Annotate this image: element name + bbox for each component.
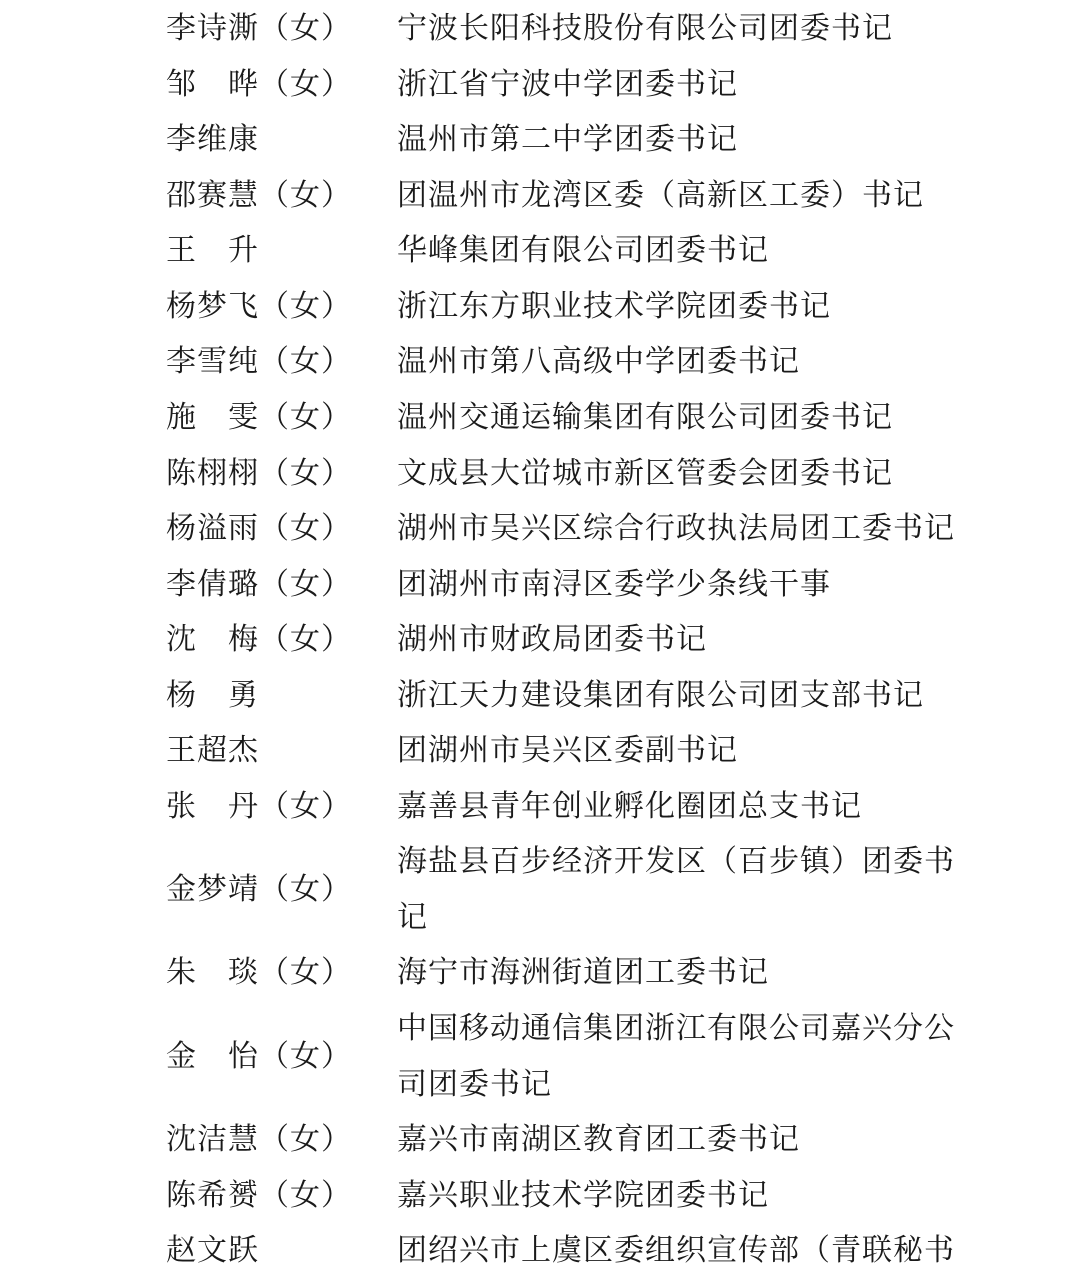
organization-position: 浙江天力建设集团有限公司团支部书记 <box>397 681 977 711</box>
person-name: 沈 梅（女） <box>166 625 352 655</box>
organization-position: 浙江省宁波中学团委书记 <box>397 70 977 100</box>
person-name: 陈栩栩（女） <box>166 459 352 489</box>
org-line: 文成县大峃城市新区管委会团委书记 <box>397 459 977 489</box>
person-name: 杨 勇 <box>166 681 259 711</box>
person-name: 张 丹（女） <box>166 792 352 822</box>
person-name: 邹 晔（女） <box>166 70 352 100</box>
organization-position: 团湖州市吴兴区委副书记 <box>397 736 977 766</box>
org-line: 司团委书记 <box>397 1070 977 1100</box>
org-line: 湖州市财政局团委书记 <box>397 625 977 655</box>
org-line: 中国移动通信集团浙江有限公司嘉兴分公 <box>397 1014 977 1044</box>
organization-position: 团温州市龙湾区委（高新区工委）书记 <box>397 181 977 211</box>
org-line: 浙江省宁波中学团委书记 <box>397 70 977 100</box>
org-line: 温州市第八高级中学团委书记 <box>397 347 977 377</box>
organization-position: 海宁市海洲街道团工委书记 <box>397 958 977 988</box>
org-line: 嘉兴职业技术学院团委书记 <box>397 1181 977 1211</box>
org-line: 温州市第二中学团委书记 <box>397 125 977 155</box>
organization-position: 文成县大峃城市新区管委会团委书记 <box>397 459 977 489</box>
organization-position: 中国移动通信集团浙江有限公司嘉兴分公 司团委书记 <box>397 1014 977 1100</box>
org-line: 温州交通运输集团有限公司团委书记 <box>397 403 977 433</box>
org-line: 团湖州市南浔区委学少条线干事 <box>397 570 977 600</box>
person-name: 李雪纯（女） <box>166 347 352 377</box>
organization-position: 华峰集团有限公司团委书记 <box>397 236 977 266</box>
organization-position: 温州交通运输集团有限公司团委书记 <box>397 403 977 433</box>
person-name: 沈洁慧（女） <box>166 1125 352 1155</box>
person-name: 金 怡（女） <box>166 1042 352 1072</box>
person-name: 李维康 <box>166 125 259 155</box>
org-line: 团湖州市吴兴区委副书记 <box>397 736 977 766</box>
person-name: 赵文跃 <box>166 1236 259 1266</box>
org-line: 宁波长阳科技股份有限公司团委书记 <box>397 14 977 44</box>
person-name: 朱 琰（女） <box>166 958 352 988</box>
person-name: 王超杰 <box>166 736 259 766</box>
organization-position: 湖州市吴兴区综合行政执法局团工委书记 <box>397 514 977 544</box>
org-line: 浙江天力建设集团有限公司团支部书记 <box>397 681 977 711</box>
org-line: 嘉善县青年创业孵化圈团总支书记 <box>397 792 977 822</box>
person-name: 李倩璐（女） <box>166 570 352 600</box>
organization-position: 湖州市财政局团委书记 <box>397 625 977 655</box>
org-line: 浙江东方职业技术学院团委书记 <box>397 292 977 322</box>
org-line: 记 <box>397 903 977 933</box>
organization-position: 嘉兴职业技术学院团委书记 <box>397 1181 977 1211</box>
org-line: 海宁市海洲街道团工委书记 <box>397 958 977 988</box>
person-name: 陈希赟（女） <box>166 1181 352 1211</box>
organization-position: 温州市第二中学团委书记 <box>397 125 977 155</box>
org-line: 湖州市吴兴区综合行政执法局团工委书记 <box>397 514 977 544</box>
org-line: 华峰集团有限公司团委书记 <box>397 236 977 266</box>
person-name: 杨溢雨（女） <box>166 514 352 544</box>
organization-position: 浙江东方职业技术学院团委书记 <box>397 292 977 322</box>
person-name: 施 雯（女） <box>166 403 352 433</box>
person-name: 王 升 <box>166 236 259 266</box>
person-name: 李诗澌（女） <box>166 14 352 44</box>
person-name: 邵赛慧（女） <box>166 181 352 211</box>
organization-position: 宁波长阳科技股份有限公司团委书记 <box>397 14 977 44</box>
organization-position: 团绍兴市上虞区委组织宣传部（青联秘书 <box>397 1236 977 1266</box>
org-line: 团绍兴市上虞区委组织宣传部（青联秘书 <box>397 1236 977 1266</box>
org-line: 团温州市龙湾区委（高新区工委）书记 <box>397 181 977 211</box>
organization-position: 嘉兴市南湖区教育团工委书记 <box>397 1125 977 1155</box>
organization-position: 团湖州市南浔区委学少条线干事 <box>397 570 977 600</box>
organization-position: 海盐县百步经济开发区（百步镇）团委书 记 <box>397 847 977 933</box>
org-line: 嘉兴市南湖区教育团工委书记 <box>397 1125 977 1155</box>
organization-position: 温州市第八高级中学团委书记 <box>397 347 977 377</box>
org-line: 海盐县百步经济开发区（百步镇）团委书 <box>397 847 977 877</box>
person-name: 金梦靖（女） <box>166 875 352 905</box>
person-name: 杨梦飞（女） <box>166 292 352 322</box>
organization-position: 嘉善县青年创业孵化圈团总支书记 <box>397 792 977 822</box>
